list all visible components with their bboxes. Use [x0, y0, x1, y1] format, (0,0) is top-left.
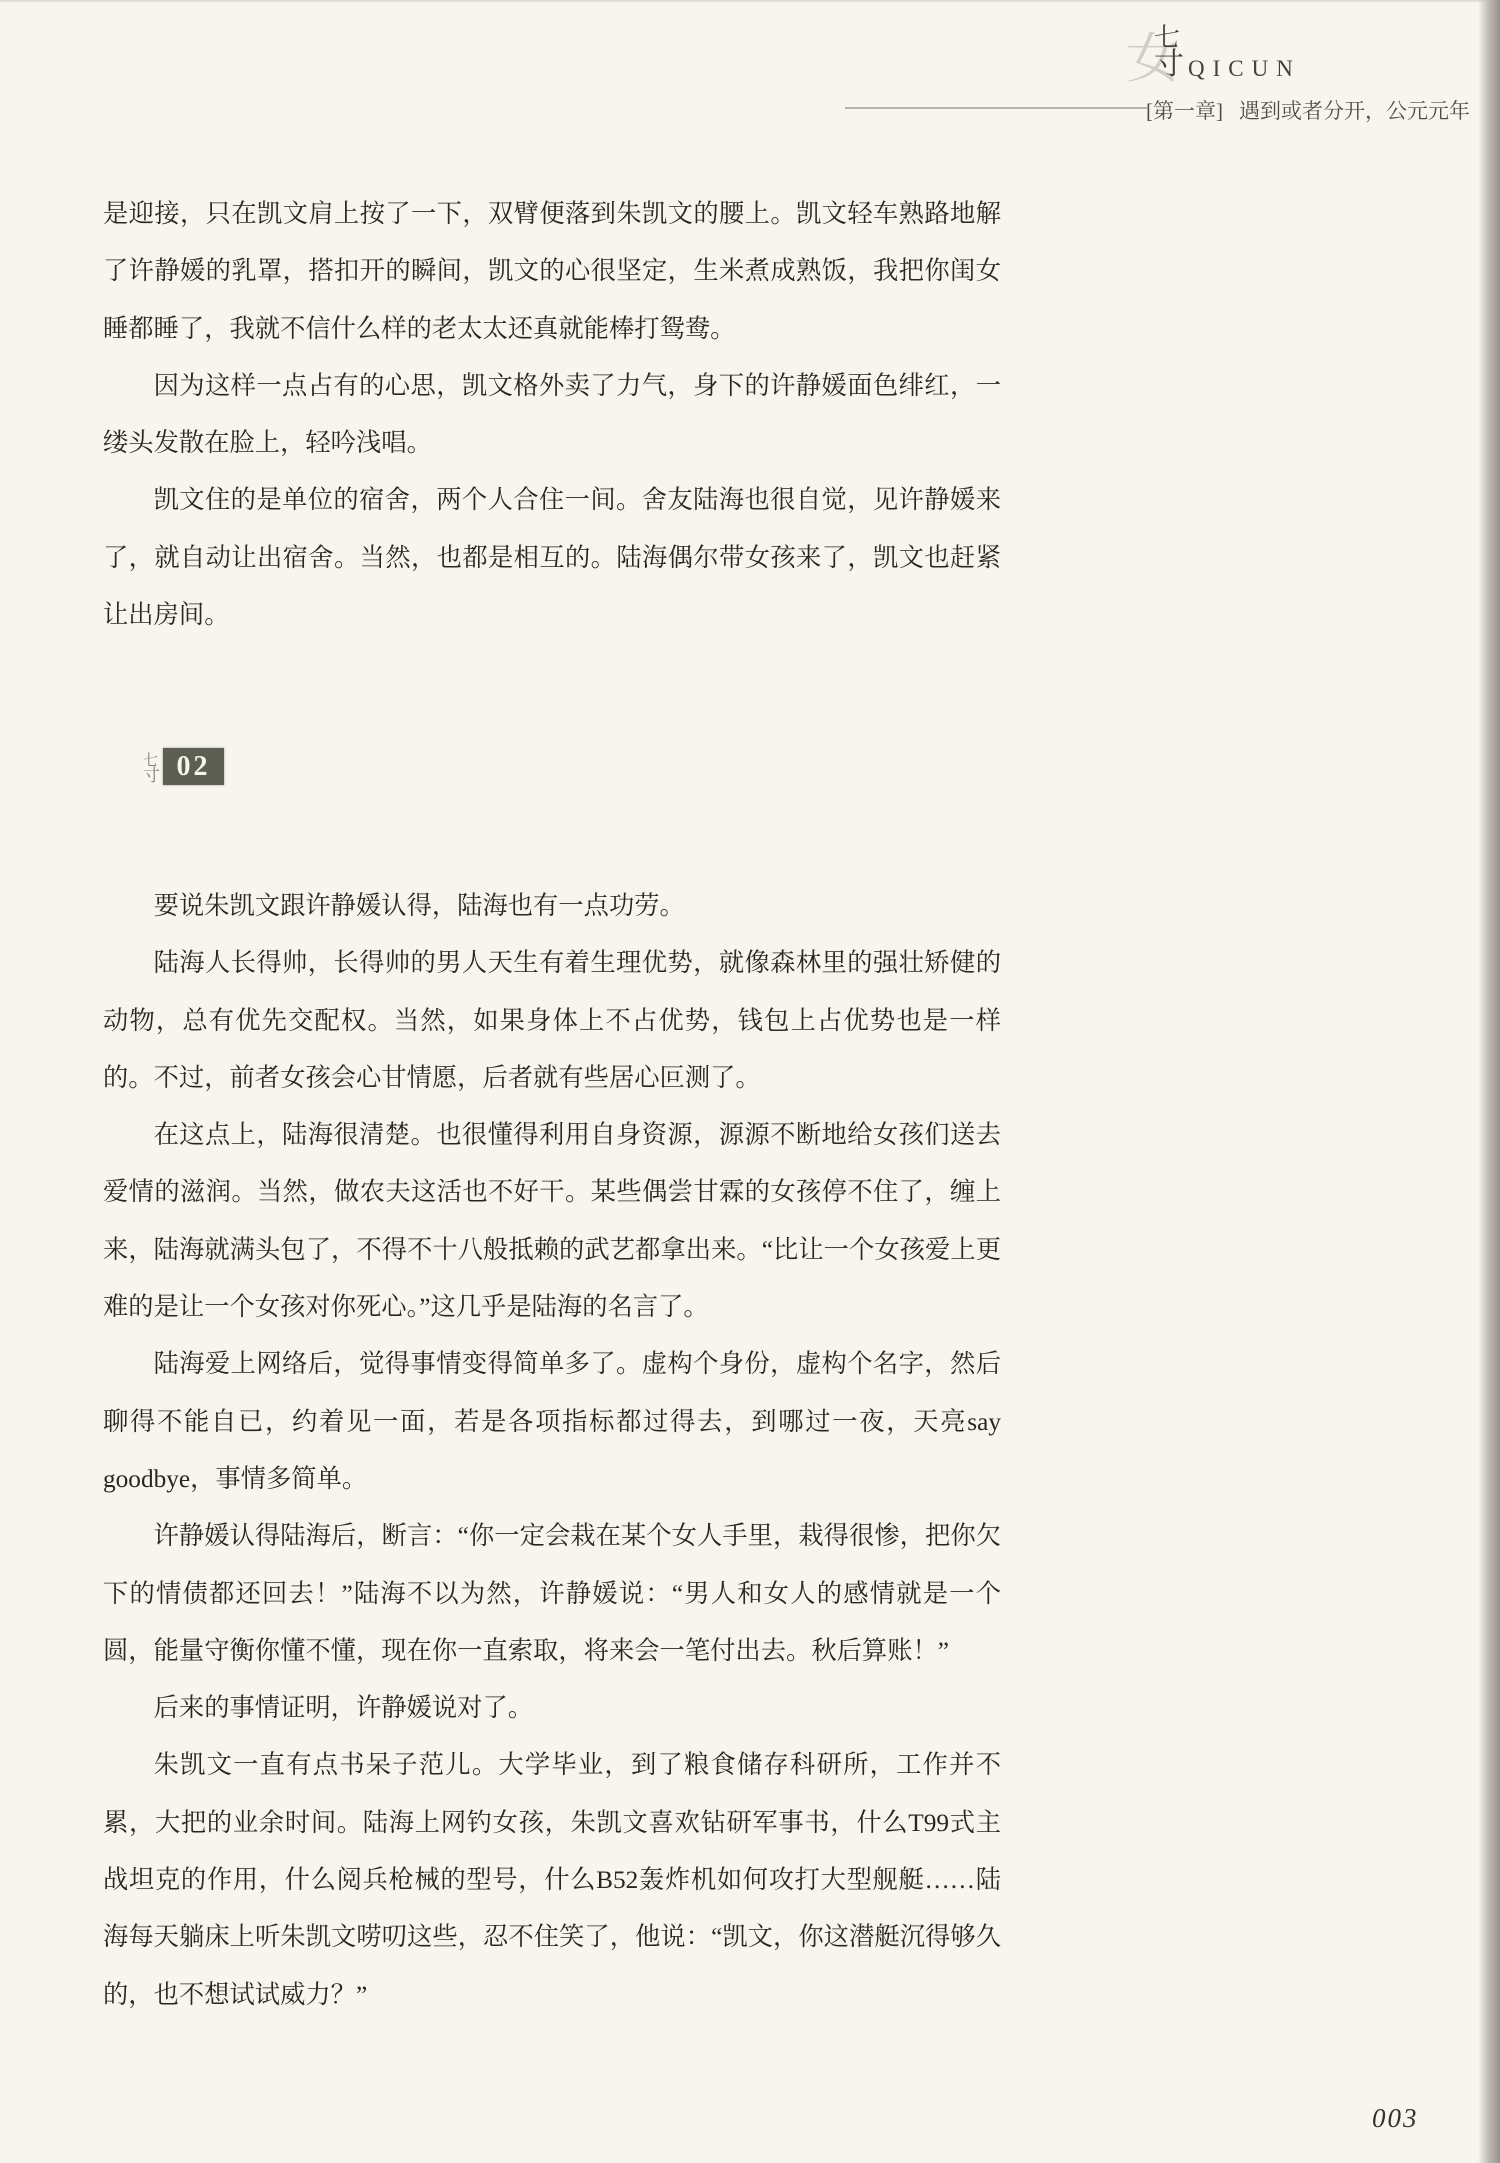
scan-top-edge: [0, 0, 1500, 3]
logo-glyph-icon: 女 七 寸: [1126, 28, 1186, 90]
text-block-section01: 是迎接，只在凯文肩上按了一下，双臂便落到朱凯文的腰上。凯文轻车熟路地解了许静媛的…: [103, 186, 1001, 644]
paragraph: 是迎接，只在凯文肩上按了一下，双臂便落到朱凯文的腰上。凯文轻车熟路地解了许静媛的…: [103, 186, 1001, 358]
logo-latin-title: QICUN: [1188, 56, 1301, 82]
logo-glyph-bottom: 寸: [1154, 50, 1184, 80]
section-marker-02: 七 寸 02: [143, 748, 224, 785]
section-marker-glyph-bottom: 寸: [143, 768, 160, 784]
paragraph: 因为这样一点占有的心思，凯文格外卖了力气，身下的许静媛面色绯红，一缕头发散在脸上…: [103, 358, 1001, 473]
paragraph: 朱凯文一直有点书呆子范儿。大学毕业，到了粮食储存科研所，工作并不累，大把的业余时…: [103, 1737, 1001, 2023]
chapter-title: 遇到或者分开，公元元年: [1239, 99, 1470, 123]
paragraph: 凯文住的是单位的宿舍，两个人合住一间。舍友陆海也很自觉，见许静媛来了，就自动让出…: [103, 472, 1001, 644]
paragraph: 许静媛认得陆海后，断言：“你一定会栽在某个女人手里，栽得很惨，把你欠下的情债都还…: [103, 1508, 1001, 1680]
paragraph: 陆海人长得帅，长得帅的男人天生有着生理优势，就像森林里的强壮矫健的动物，总有优先…: [103, 935, 1001, 1107]
scan-edge-shadow: [1478, 0, 1500, 2163]
section-number-badge: 02: [163, 748, 224, 785]
text-block-section02: 要说朱凯文跟许静媛认得，陆海也有一点功劳。 陆海人长得帅，长得帅的男人天生有着生…: [103, 878, 1001, 2024]
paragraph: 陆海爱上网络后，觉得事情变得简单多了。虚构个身份，虚构个名字，然后聊得不能自已，…: [103, 1336, 1001, 1508]
paragraph: 要说朱凯文跟许静媛认得，陆海也有一点功劳。: [103, 878, 1001, 935]
logo-glyph-top: 七: [1154, 26, 1180, 50]
running-head-chapter: [第一章]遇到或者分开，公元元年: [1146, 95, 1470, 125]
paragraph: 后来的事情证明，许静媛说对了。: [103, 1680, 1001, 1737]
book-logo: 女 七 寸 QICUN: [1126, 28, 1301, 90]
header-rule: [845, 107, 1147, 109]
paragraph: 在这点上，陆海很清楚。也很懂得利用自身资源，源源不断地给女孩们送去爱情的滋润。当…: [103, 1107, 1001, 1336]
page-number: 003: [1372, 2103, 1419, 2134]
chapter-tag: [第一章]: [1146, 99, 1223, 123]
section-marker-logo-icon: 七 寸: [143, 754, 160, 784]
